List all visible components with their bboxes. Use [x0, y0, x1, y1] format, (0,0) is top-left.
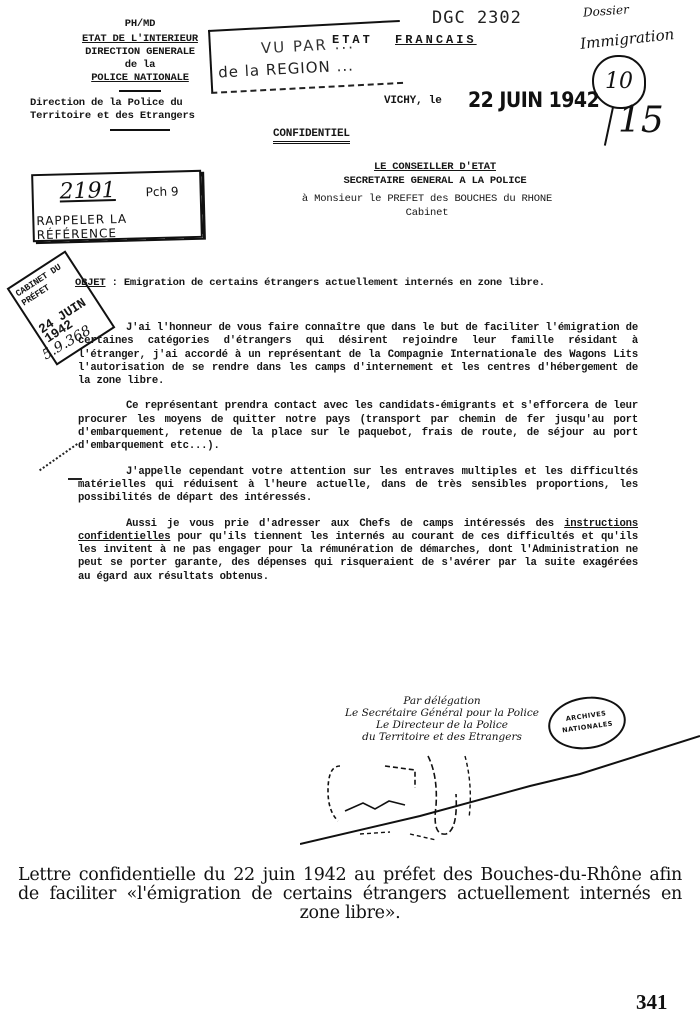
body-paragraph-2: Ce représentant prendra contact avec les… — [78, 400, 638, 453]
state-francais: FRANCAIS — [395, 33, 477, 47]
page-number: 341 — [636, 990, 668, 1015]
handwritten-number: 15 — [618, 100, 664, 141]
margin-annotation-mark — [39, 443, 79, 473]
body-paragraph-4-lead: Aussi je vous prie d'adresser aux Chefs … — [126, 518, 554, 530]
state-heading: ETAT FRANCAIS — [332, 33, 477, 47]
received-stamp-label: CABINET DU PRÉFET — [14, 262, 63, 308]
letter-body: J'ai l'honneur de vous faire connaître q… — [78, 322, 638, 596]
vu-par-stamp: VU PAR ... de la REGION ... — [208, 20, 403, 94]
sub-directorate-line-1: Direction de la Police du — [30, 97, 240, 110]
figure-caption: Lettre confidentielle du 22 juin 1942 au… — [18, 866, 682, 923]
reference-suffix: Pch 9 — [145, 184, 178, 199]
body-paragraph-3: J'appelle cependant votre attention sur … — [78, 466, 638, 506]
handwritten-dossier-note: Dossier — [583, 2, 630, 19]
vu-par-stamp-line-2: de la REGION ... — [218, 56, 354, 81]
archive-number-stamp: DGC 2302 — [432, 8, 522, 28]
sub-directorate-line-2: Territoire et des Etrangers — [30, 110, 240, 123]
subject-label: OBJET — [75, 277, 106, 289]
recipient-block: à Monsieur le PREFET des BOUCHES du RHON… — [262, 192, 592, 220]
signature-scribble-icon — [300, 716, 700, 856]
reference-label: RAPPELER LA RÉFÉRENCE — [36, 210, 201, 242]
body-paragraph-1: J'ai l'honneur de vous faire connaître q… — [78, 322, 638, 388]
reference-number: 2191 — [59, 178, 116, 204]
body-paragraph-4: Aussi je vous prie d'adresser aux Chefs … — [78, 518, 638, 584]
sender-block: LE CONSEILLER D'ETAT SECRETAIRE GENERAL … — [285, 160, 585, 188]
recipient-line-1: à Monsieur le PREFET des BOUCHES du RHON… — [262, 192, 592, 206]
place-label: VICHY, le — [384, 95, 442, 107]
subject-text: : Emigration de certains étrangers actue… — [112, 277, 545, 289]
state-etat: ETAT — [332, 33, 373, 47]
recipient-line-2: Cabinet — [262, 206, 592, 220]
header-divider-2 — [110, 129, 170, 131]
handwritten-stroke — [604, 106, 614, 146]
sender-line-1: LE CONSEILLER D'ETAT — [285, 160, 585, 174]
header-divider — [119, 90, 161, 92]
margin-annotation-dash — [68, 478, 82, 480]
classification-label: CONFIDENTIEL — [273, 128, 350, 144]
subject-line: OBJET : Emigration de certains étrangers… — [75, 277, 615, 290]
signature-line-1: Par délégation — [332, 695, 552, 707]
reference-stamp: 2191 Pch 9 RAPPELER LA RÉFÉRENCE — [31, 170, 203, 242]
handwritten-subject-note: Immigration — [579, 25, 675, 53]
sender-line-2: SECRETAIRE GENERAL A LA POLICE — [285, 174, 585, 188]
date-stamp: 22 JUIN 1942 — [468, 88, 599, 112]
